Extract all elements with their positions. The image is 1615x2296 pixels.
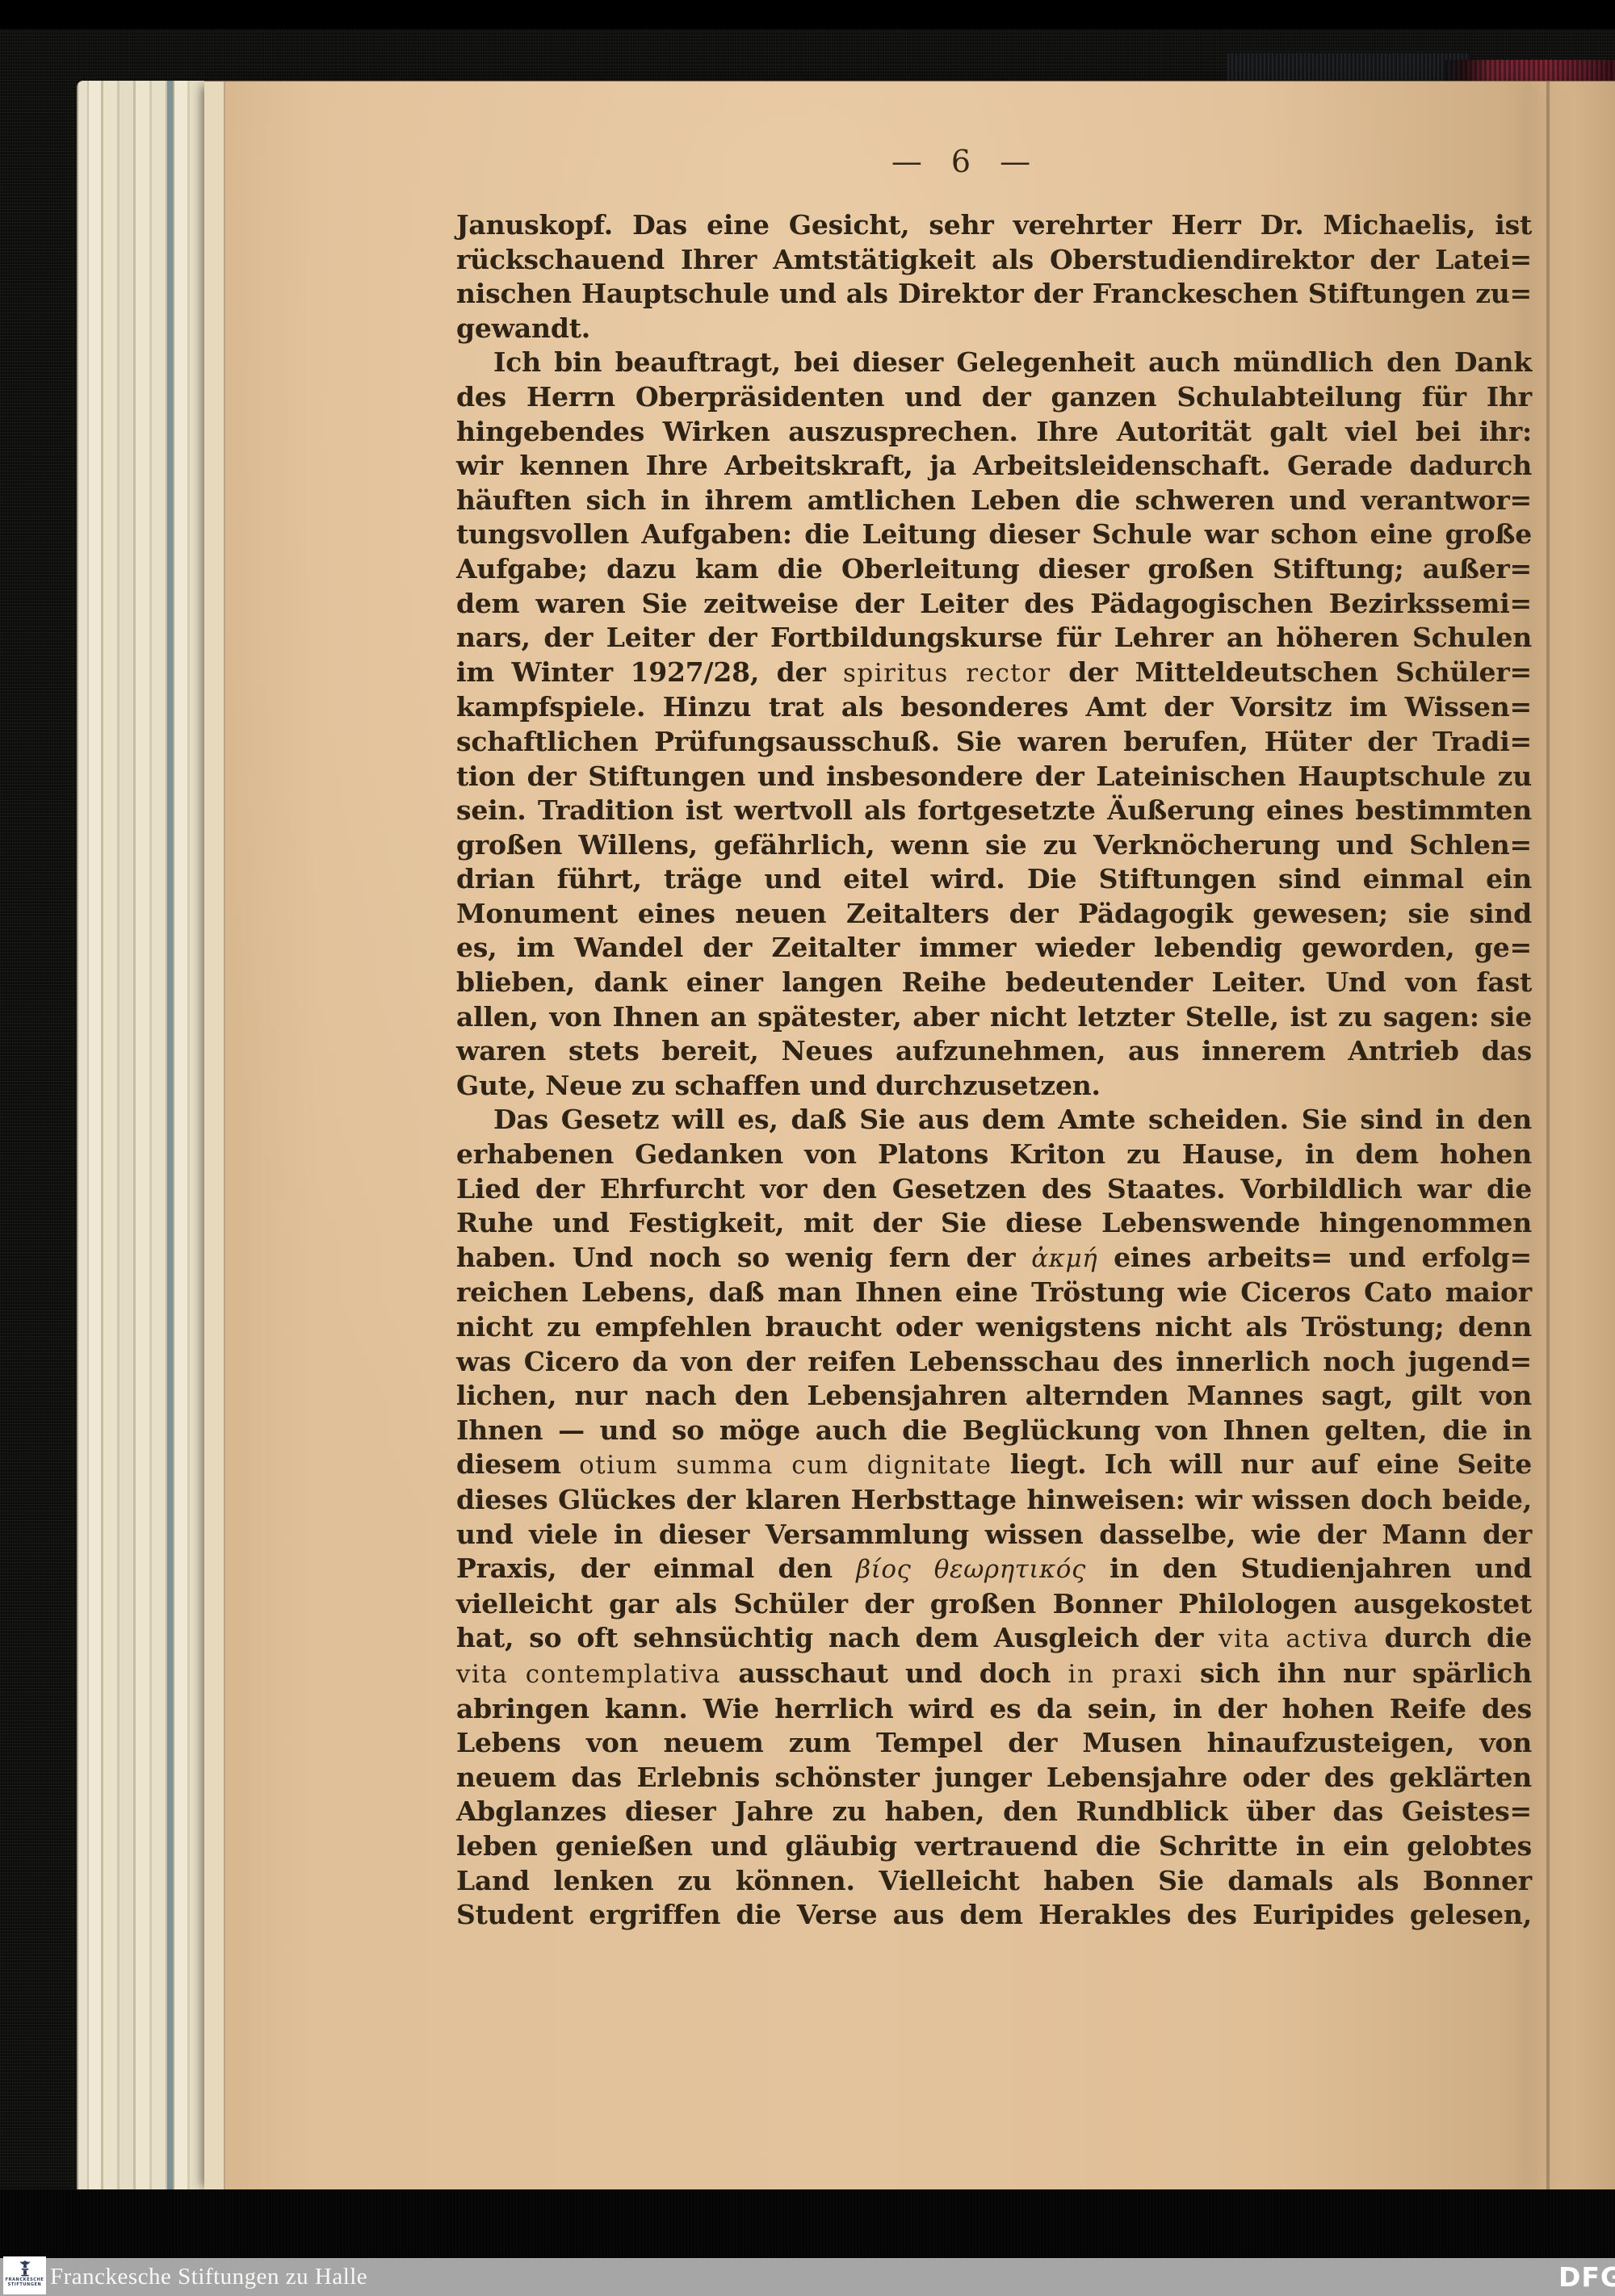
text-line: leben genießen und gläubig vertrauend di… bbox=[456, 1829, 1532, 1864]
text-block: Januskopf. Das eine Gesicht, sehr verehr… bbox=[456, 208, 1532, 1933]
page-number-dash-right: — bbox=[1000, 144, 1030, 179]
institution-logo: FRANCKESCHE STIFTUNGEN bbox=[3, 2256, 46, 2294]
text-line: hingebendes Wirken auszusprechen. Ihre A… bbox=[456, 415, 1532, 450]
text-line: nicht zu empfehlen braucht oder wenigste… bbox=[456, 1310, 1532, 1345]
text-line: des Herrn Oberpräsidenten und der ganzen… bbox=[456, 380, 1532, 415]
text-line: Aufgabe; dazu kam die Oberleitung dieser… bbox=[456, 552, 1532, 587]
text-line: neuem das Erlebnis schönster junger Lebe… bbox=[456, 1761, 1532, 1795]
text-line: rückschauend Ihrer Amtstätigkeit als Obe… bbox=[456, 243, 1532, 278]
text-line: Lebens von neuem zum Tempel der Musen hi… bbox=[456, 1726, 1532, 1761]
text-line: tion der Stiftungen und insbesondere der… bbox=[456, 760, 1532, 794]
text-line: vielleicht gar als Schüler der großen Bo… bbox=[456, 1587, 1532, 1622]
text-line: blieben, dank einer langen Reihe bedeute… bbox=[456, 966, 1532, 1000]
text-line: Land lenken zu können. Vielleicht haben … bbox=[456, 1864, 1532, 1899]
text-line: Gute, Neue zu schaffen und durchzusetzen… bbox=[456, 1069, 1532, 1104]
text-line: reichen Lebens, daß man Ihnen eine Tröst… bbox=[456, 1276, 1532, 1310]
text-line: Abglanzes dieser Jahre zu haben, den Run… bbox=[456, 1795, 1532, 1829]
text-line: und viele in dieser Versammlung wissen d… bbox=[456, 1518, 1532, 1552]
page-number-value: 6 bbox=[951, 144, 971, 179]
institution-watermark-label: Franckesche Stiftungen zu Halle bbox=[50, 2264, 367, 2290]
text-line: dem waren Sie zeitweise der Leiter des P… bbox=[456, 587, 1532, 622]
paragraph: Ich bin beauftragt, bei dieser Gelegenhe… bbox=[456, 346, 1532, 1103]
watermark-bar: Franckesche Stiftungen zu Halle bbox=[0, 2258, 1615, 2296]
text-line: hat, so oft sehnsüchtig nach dem Ausglei… bbox=[456, 1621, 1532, 1657]
page-number: —6— bbox=[456, 144, 1466, 179]
text-line: waren stets bereit, Neues aufzunehmen, a… bbox=[456, 1034, 1532, 1069]
text-line: Monument eines neuen Zeitalters der Päda… bbox=[456, 897, 1532, 932]
institution-logo-line2: STIFTUNGEN bbox=[8, 2282, 42, 2287]
paragraph: Januskopf. Das eine Gesicht, sehr verehr… bbox=[456, 208, 1532, 346]
dfg-logo: DFG bbox=[1558, 2261, 1615, 2293]
text-line: Ruhe und Festigkeit, mit der Sie diese L… bbox=[456, 1206, 1532, 1241]
text-line: dieses Glückes der klaren Herbsttage hin… bbox=[456, 1483, 1532, 1518]
text-line: Ich bin beauftragt, bei dieser Gelegenhe… bbox=[456, 346, 1532, 380]
page-number-dash-left: — bbox=[891, 144, 922, 179]
text-line: abringen kann. Wie herrlich wird es da s… bbox=[456, 1692, 1532, 1727]
text-line: schaftlichen Prüfungsausschuß. Sie waren… bbox=[456, 725, 1532, 760]
text-line: diesem otium summa cum dignitate liegt. … bbox=[456, 1448, 1532, 1483]
text-line: Das Gesetz will es, daß Sie aus dem Amte… bbox=[456, 1103, 1532, 1138]
text-line: nischen Hauptschule und als Direktor der… bbox=[456, 277, 1532, 312]
text-line: allen, von Ihnen an spätester, aber nich… bbox=[456, 1000, 1532, 1035]
text-line: im Winter 1927/28, der spiritus rector d… bbox=[456, 656, 1532, 691]
text-line: nars, der Leiter der Fortbildungskurse f… bbox=[456, 621, 1532, 656]
text-line: was Cicero da von der reifen Lebensschau… bbox=[456, 1345, 1532, 1380]
fanned-page-edges bbox=[77, 81, 206, 2206]
text-line: häuften sich in ihrem amtlichen Leben di… bbox=[456, 484, 1532, 518]
text-line: drian führt, träge und eitel wird. Die S… bbox=[456, 862, 1532, 897]
text-line: sein. Tradition ist wertvoll als fortges… bbox=[456, 794, 1532, 828]
paragraph: Das Gesetz will es, daß Sie aus dem Amte… bbox=[456, 1103, 1532, 1932]
text-line: tungsvollen Aufgaben: die Leitung dieser… bbox=[456, 517, 1532, 552]
text-line: lichen, nur nach den Lebensjahren altern… bbox=[456, 1379, 1532, 1414]
text-line: erhabenen Gedanken von Platons Kriton zu… bbox=[456, 1138, 1532, 1172]
text-line: großen Willens, gefährlich, wenn sie zu … bbox=[456, 828, 1532, 863]
text-line: Lied der Ehrfurcht vor den Gesetzen des … bbox=[456, 1172, 1532, 1207]
text-line: vita contemplativa ausschaut und doch in… bbox=[456, 1657, 1532, 1692]
text-line: Praxis, der einmal den βίος θεωρητικός i… bbox=[456, 1552, 1532, 1587]
text-line: Student ergriffen die Verse aus dem Hera… bbox=[456, 1898, 1532, 1933]
text-line: es, im Wandel der Zeitalter immer wieder… bbox=[456, 931, 1532, 966]
text-line: Ihnen — und so möge auch die Beglückung … bbox=[456, 1414, 1532, 1448]
text-line: haben. Und noch so wenig fern der ἀκμή e… bbox=[456, 1241, 1532, 1276]
text-line: gewandt. bbox=[456, 312, 1532, 346]
text-line: kampfspiele. Hinzu trat als besonderes A… bbox=[456, 690, 1532, 725]
text-line: Januskopf. Das eine Gesicht, sehr verehr… bbox=[456, 208, 1532, 243]
eagle-emblem-icon bbox=[16, 2258, 34, 2277]
page-gutter-crease bbox=[1546, 82, 1550, 2190]
text-line: wir kennen Ihre Arbeitskraft, ja Arbeits… bbox=[456, 449, 1532, 484]
scan-border-top bbox=[0, 0, 1615, 29]
